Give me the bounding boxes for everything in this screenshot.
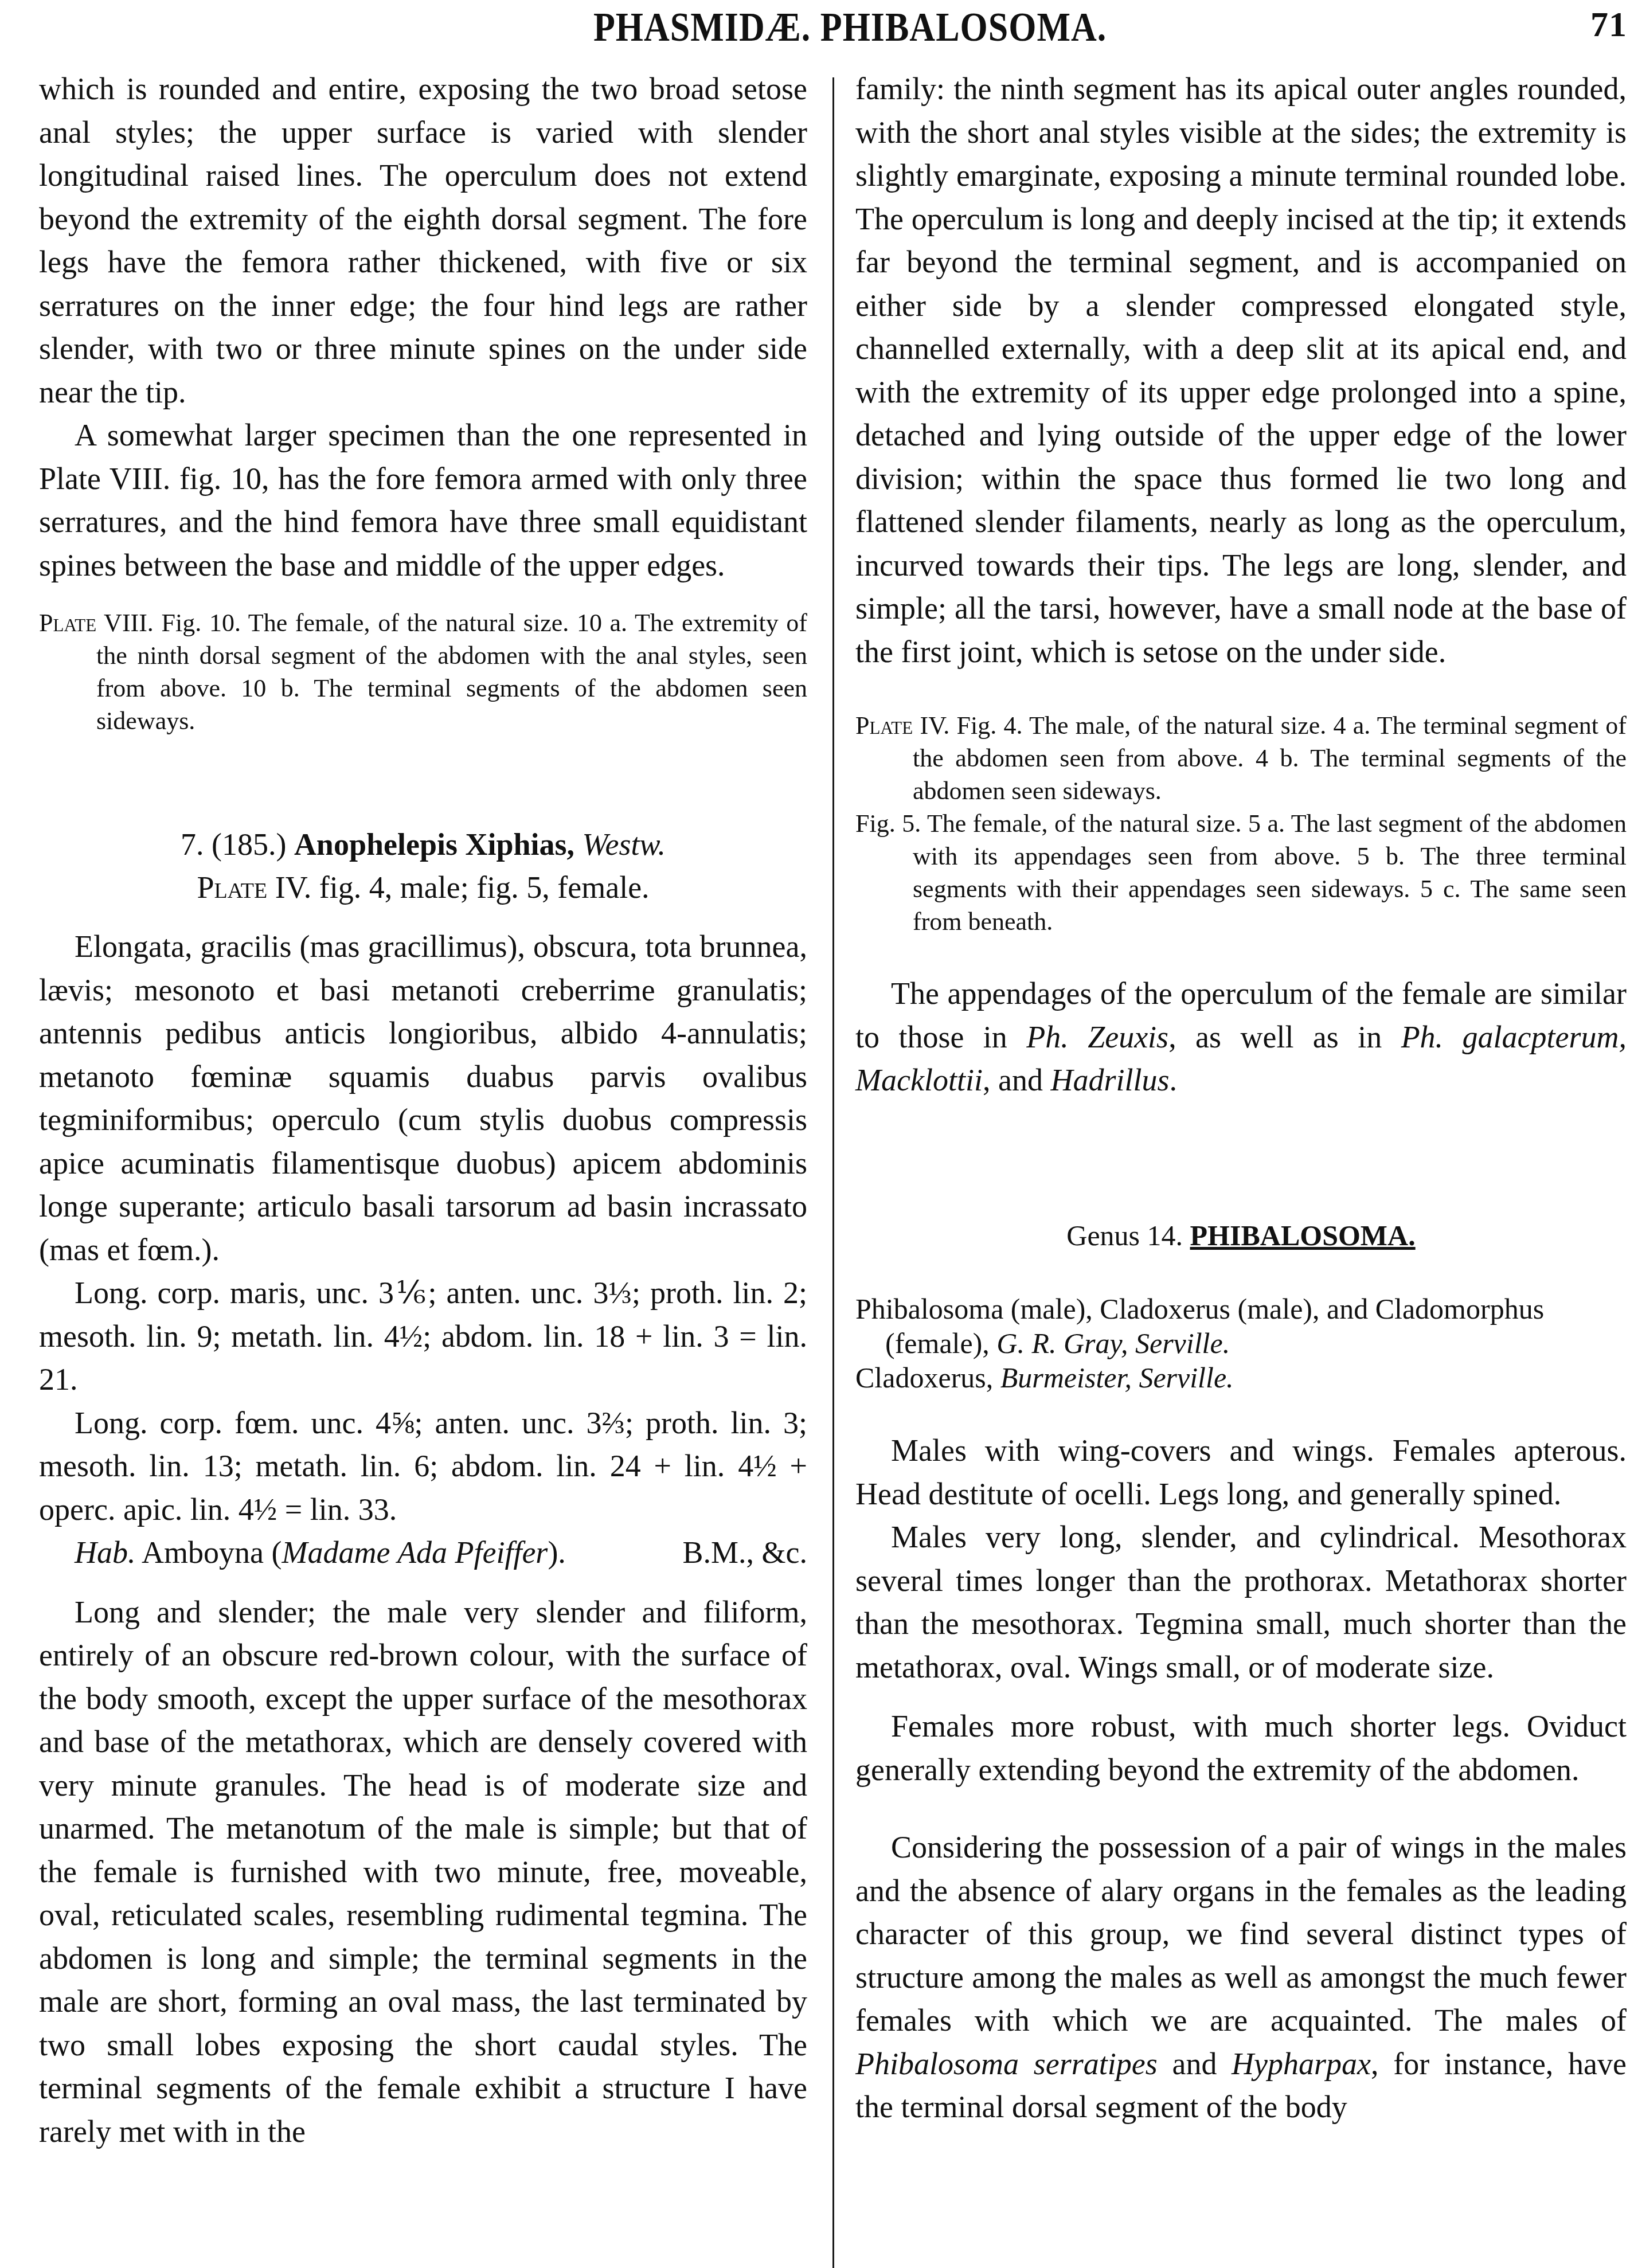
plate-caption-text: Fig. 4. The male, of the natural size. 4…: [913, 711, 1627, 805]
column-divider: [832, 77, 834, 2268]
habitat-line: Hab. Amboyna (Madame Ada Pfeiffer). B.M.…: [39, 1531, 807, 1575]
genus-label: Genus 14.: [1066, 1219, 1183, 1252]
measurements-female: Long. corp. fœm. unc. 4⅝; anten. unc. 3⅔…: [39, 1402, 807, 1532]
plate-caption-text: Fig. 10. The female, of the natural size…: [96, 609, 807, 735]
paragraph-appendages: The appendages of the operculum of the f…: [855, 972, 1627, 1102]
habitat-close: ).: [548, 1535, 565, 1570]
measurements-male: Long. corp. maris, unc. 3⅙; anten. unc. …: [39, 1272, 807, 1402]
paragraph-males-body: Males very long, slender, and cylindrica…: [855, 1516, 1627, 1689]
species-plate-label: Plate: [197, 870, 267, 905]
genus-heading: Genus 14. PHIBALOSOMA.: [855, 1214, 1627, 1258]
right-column: family: the ninth segment has its apical…: [855, 68, 1627, 2129]
habitat-collector: Madame Ada Pfeiffer: [282, 1535, 548, 1570]
paragraph-continued: which is rounded and entire, exposing th…: [39, 68, 807, 414]
paragraph-considering: Considering the possession of a pair of …: [855, 1826, 1627, 2129]
species-number: 7. (185.): [181, 827, 286, 862]
plate-caption-1: Plate IV. Fig. 4. The male, of the natur…: [855, 709, 1627, 807]
paragraph-continued: family: the ninth segment has its apical…: [855, 68, 1627, 674]
paragraph-description: Long and slender; the male very slender …: [39, 1591, 807, 2154]
species-author: Westw.: [583, 827, 666, 862]
running-head: PHASMIDÆ. PHIBALOSOMA. 71: [0, 5, 1634, 50]
paragraph-specimen: A somewhat larger specimen than the one …: [39, 414, 807, 587]
latin-description: Elongata, gracilis (mas gracillimus), ob…: [39, 925, 807, 1272]
habitat-collection: B.M., &c.: [682, 1531, 807, 1575]
species-name: Anophelepis Xiphias,: [294, 827, 574, 862]
paragraph-females: Females more robust, with much shorter l…: [855, 1705, 1627, 1792]
plate-label: Plate VIII.: [39, 609, 154, 637]
habitat-locality: Amboyna (: [142, 1535, 282, 1570]
species-plate-ref: IV. fig. 4, male; fig. 5, female.: [275, 870, 650, 905]
plate-label: Plate IV.: [855, 711, 949, 740]
running-head-title: PHASMIDÆ. PHIBALOSOMA.: [593, 5, 1107, 52]
synonymy-line: Phibalosoma (male), Cladoxerus (male), a…: [855, 1292, 1627, 1360]
synonymy-line: Cladoxerus, Burmeister, Serville.: [855, 1360, 1627, 1395]
plate-caption-2: Fig. 5. The female, of the natural size.…: [855, 807, 1627, 938]
paragraph-males-wings: Males with wing-covers and wings. Female…: [855, 1429, 1627, 1516]
species-heading: 7. (185.) Anophelepis Xiphias, Westw. Pl…: [39, 823, 807, 909]
plate-caption: Plate VIII. Fig. 10. The female, of the …: [39, 607, 807, 737]
page-number: 71: [1590, 5, 1627, 45]
left-column: which is rounded and entire, exposing th…: [39, 68, 807, 2153]
genus-name: PHIBALOSOMA.: [1190, 1219, 1416, 1252]
habitat-label: Hab.: [75, 1535, 136, 1570]
